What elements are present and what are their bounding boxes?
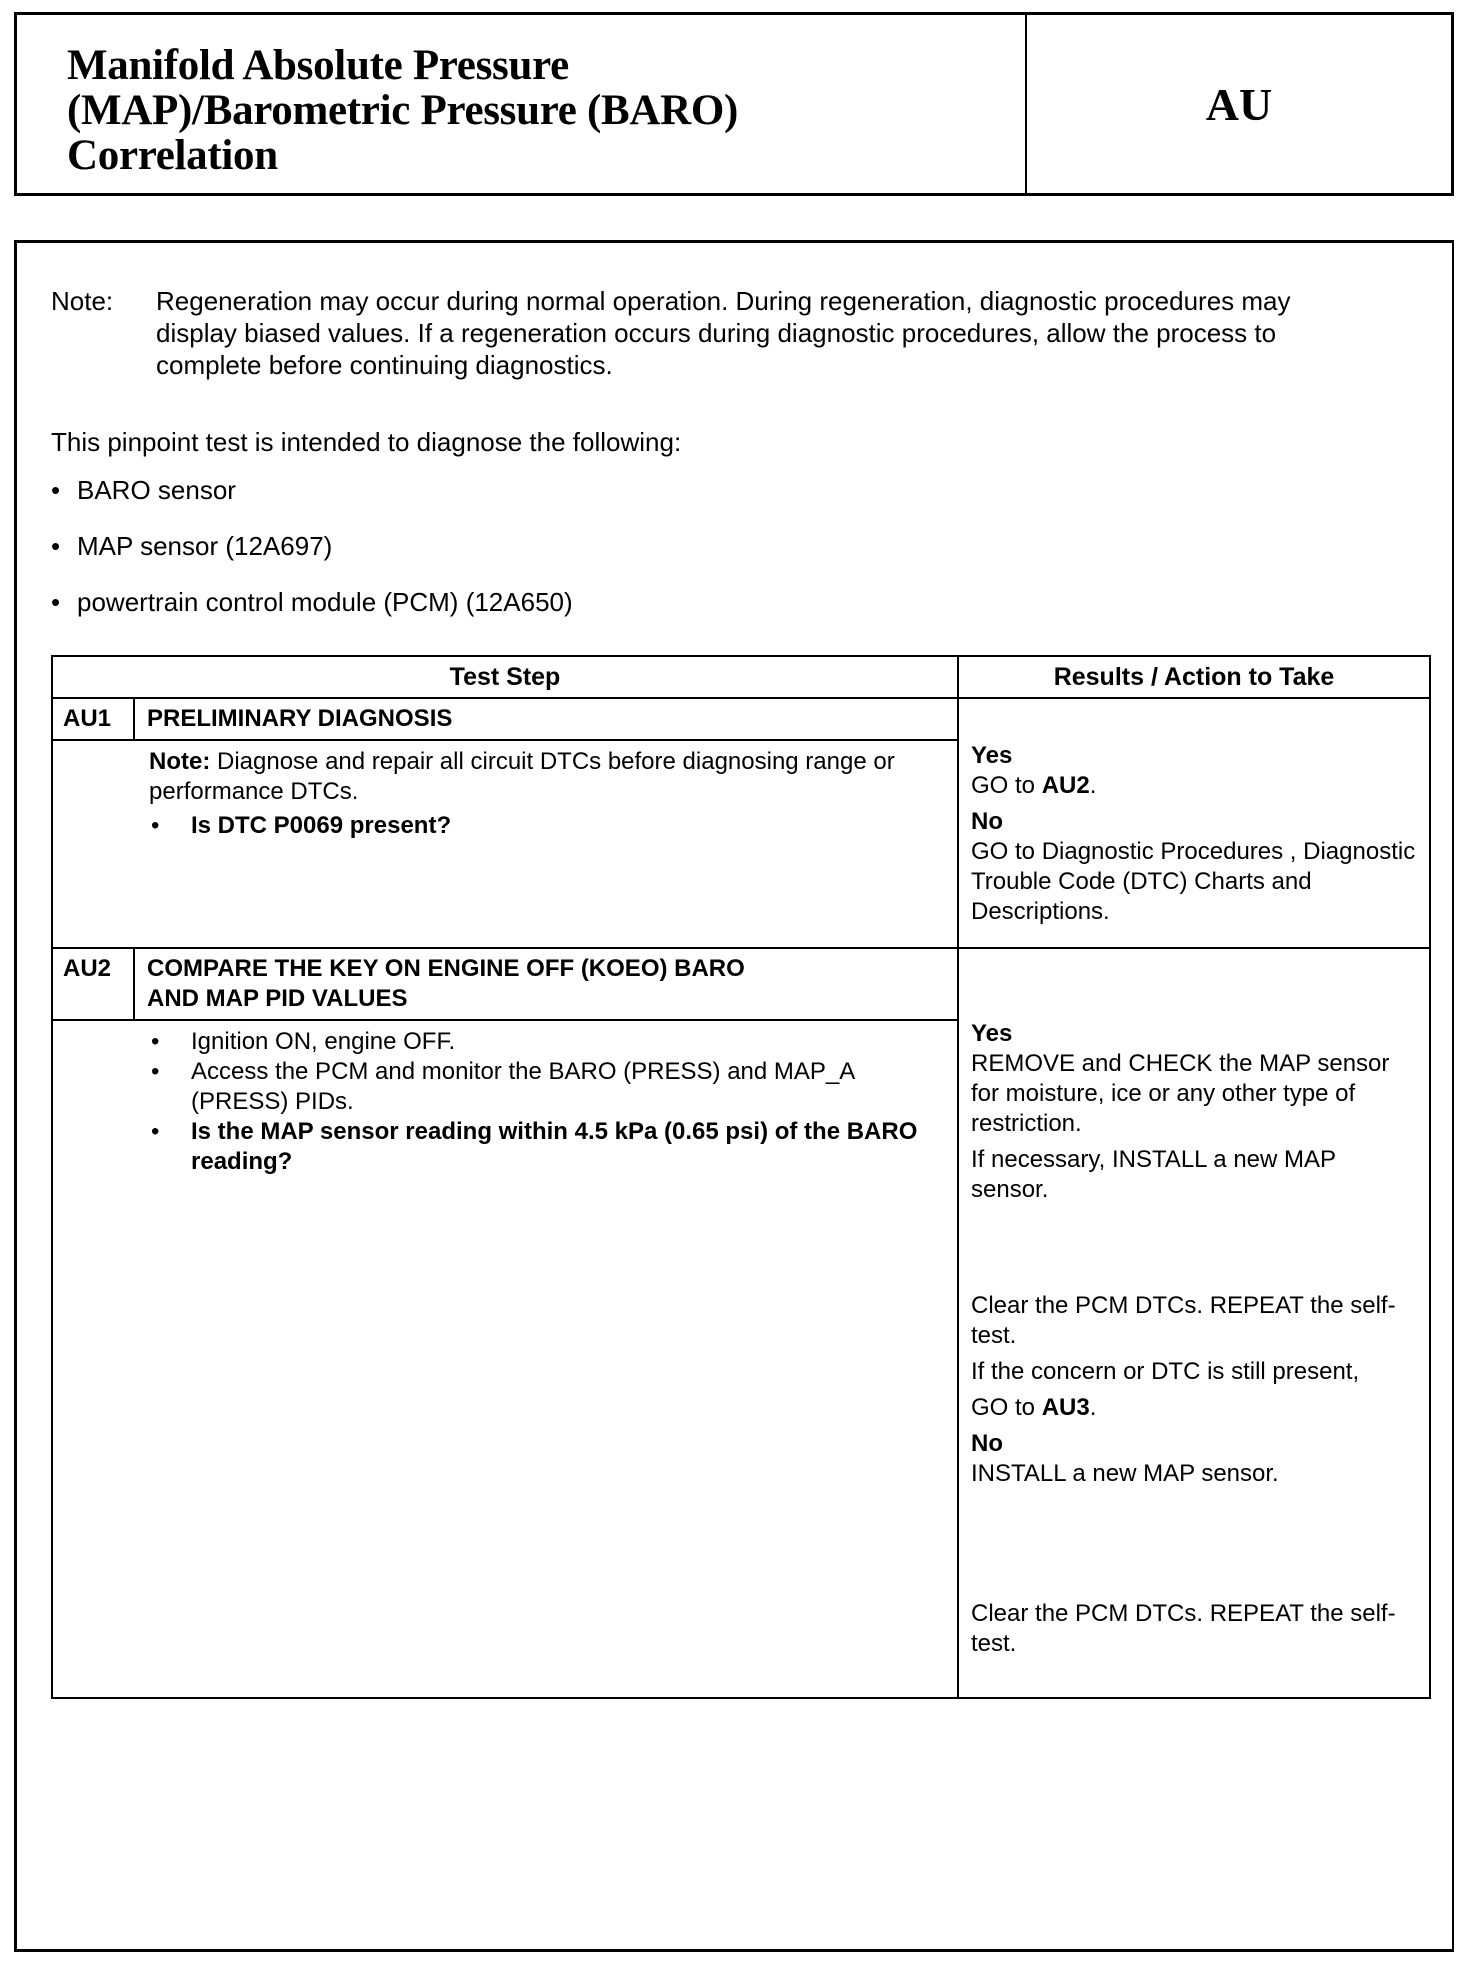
- list-item: •MAP sensor (12A697): [51, 531, 573, 587]
- no-action: GO to Diagnostic Procedures , Diagnostic…: [971, 837, 1419, 927]
- yes-label: Yes: [971, 741, 1419, 771]
- note-label: Note:: [149, 748, 210, 775]
- au1-note: Note: Diagnose and repair all circuit DT…: [149, 747, 937, 807]
- bullet-text: Is DTC P0069 present?: [191, 811, 451, 841]
- goto-prefix: GO to: [971, 1394, 1042, 1421]
- bullet-text: Is the MAP sensor reading within 4.5 kPa…: [191, 1117, 937, 1177]
- step-bullet: • Ignition ON, engine OFF.: [149, 1027, 937, 1057]
- no-action-1: INSTALL a new MAP sensor.: [971, 1459, 1419, 1489]
- goto-line: GO to AU2.: [971, 771, 1419, 801]
- test-table: Test Step Results / Action to Take AU1 P…: [51, 655, 1431, 1699]
- bullet-text: Ignition ON, engine OFF.: [191, 1027, 455, 1057]
- title-line-3: Correlation: [67, 133, 1025, 178]
- list-item: •BARO sensor: [51, 475, 573, 531]
- goto-prefix: GO to: [971, 772, 1042, 799]
- list-item-text: MAP sensor (12A697): [77, 531, 332, 587]
- au1-results-cell: Yes GO to AU2. No GO to Diagnostic Proce…: [959, 699, 1429, 947]
- bullet-icon: •: [51, 587, 77, 643]
- no-action-2: Clear the PCM DTCs. REPEAT the self-test…: [971, 1599, 1419, 1659]
- title-line-1: Manifold Absolute Pressure: [67, 43, 1025, 88]
- au2-body: • Ignition ON, engine OFF. • Access the …: [53, 1021, 957, 1697]
- goto-line: GO to AU3.: [971, 1393, 1419, 1423]
- au1-no: No GO to Diagnostic Procedures , Diagnos…: [971, 807, 1419, 927]
- list-item-text: powertrain control module (PCM) (12A650): [77, 587, 573, 643]
- step-title: COMPARE THE KEY ON ENGINE OFF (KOEO) BAR…: [135, 949, 957, 1019]
- intro-text: This pinpoint test is intended to diagno…: [51, 427, 681, 458]
- au2-step-cell: AU2 COMPARE THE KEY ON ENGINE OFF (KOEO)…: [53, 949, 959, 1697]
- yes-action-1: REMOVE and CHECK the MAP sensor for mois…: [971, 1049, 1419, 1139]
- header-test-step: Test Step: [53, 657, 959, 697]
- au1-yes: Yes GO to AU2.: [971, 741, 1419, 801]
- note-text: Regeneration may occur during normal ope…: [156, 285, 1371, 381]
- goto-au2-link[interactable]: AU2: [1042, 772, 1090, 799]
- table-row-au1: AU1 PRELIMINARY DIAGNOSIS Note: Diagnose…: [53, 699, 1429, 949]
- au1-title-row: AU1 PRELIMINARY DIAGNOSIS: [53, 699, 957, 741]
- bullet-icon: •: [51, 531, 77, 587]
- note-text: Diagnose and repair all circuit DTCs bef…: [149, 748, 895, 805]
- table-row-au2: AU2 COMPARE THE KEY ON ENGINE OFF (KOEO)…: [53, 949, 1429, 1697]
- step-title: PRELIMINARY DIAGNOSIS: [135, 699, 957, 739]
- goto-au3-link[interactable]: AU3: [1042, 1394, 1090, 1421]
- bullet-icon: •: [149, 1117, 191, 1177]
- title-block: Manifold Absolute Pressure (MAP)/Baromet…: [14, 12, 1454, 196]
- no-label: No: [971, 807, 1419, 837]
- note-label: Note:: [51, 285, 156, 381]
- title-cell: Manifold Absolute Pressure (MAP)/Baromet…: [17, 15, 1027, 193]
- au2-results-cell: Yes REMOVE and CHECK the MAP sensor for …: [959, 949, 1429, 1697]
- title-line-2: (MAP)/Barometric Pressure (BARO): [67, 88, 1025, 133]
- bullet-icon: •: [149, 1057, 191, 1117]
- yes-action-2: If necessary, INSTALL a new MAP sensor.: [971, 1145, 1419, 1205]
- step-id: AU2: [53, 949, 135, 1019]
- header-results: Results / Action to Take: [959, 657, 1429, 697]
- au1-step-cell: AU1 PRELIMINARY DIAGNOSIS Note: Diagnose…: [53, 699, 959, 947]
- yes-label: Yes: [971, 1019, 1419, 1049]
- step-bullet: • Access the PCM and monitor the BARO (P…: [149, 1057, 937, 1117]
- yes-action-3: Clear the PCM DTCs. REPEAT the self-test…: [971, 1291, 1419, 1351]
- pinpoint-code: AU: [1027, 15, 1451, 193]
- step-bullet: • Is DTC P0069 present?: [149, 811, 937, 841]
- bullet-icon: •: [149, 1027, 191, 1057]
- step-id: AU1: [53, 699, 135, 739]
- yes-action-4: If the concern or DTC is still present,: [971, 1357, 1419, 1387]
- bullet-icon: •: [51, 475, 77, 531]
- step-bullet: • Is the MAP sensor reading within 4.5 k…: [149, 1117, 937, 1177]
- au1-body: Note: Diagnose and repair all circuit DT…: [53, 741, 957, 947]
- bullet-icon: •: [149, 811, 191, 841]
- regeneration-note: Note: Regeneration may occur during norm…: [51, 285, 1371, 381]
- list-item-text: BARO sensor: [77, 475, 236, 531]
- no-label: No: [971, 1429, 1419, 1459]
- bullet-text: Access the PCM and monitor the BARO (PRE…: [191, 1057, 937, 1117]
- diagnose-list: •BARO sensor •MAP sensor (12A697) •power…: [51, 475, 573, 643]
- content-frame: Note: Regeneration may occur during norm…: [14, 240, 1454, 1952]
- table-header-row: Test Step Results / Action to Take: [53, 657, 1429, 699]
- list-item: •powertrain control module (PCM) (12A650…: [51, 587, 573, 643]
- au2-title-row: AU2 COMPARE THE KEY ON ENGINE OFF (KOEO)…: [53, 949, 957, 1021]
- page-title: Manifold Absolute Pressure (MAP)/Baromet…: [67, 43, 1025, 178]
